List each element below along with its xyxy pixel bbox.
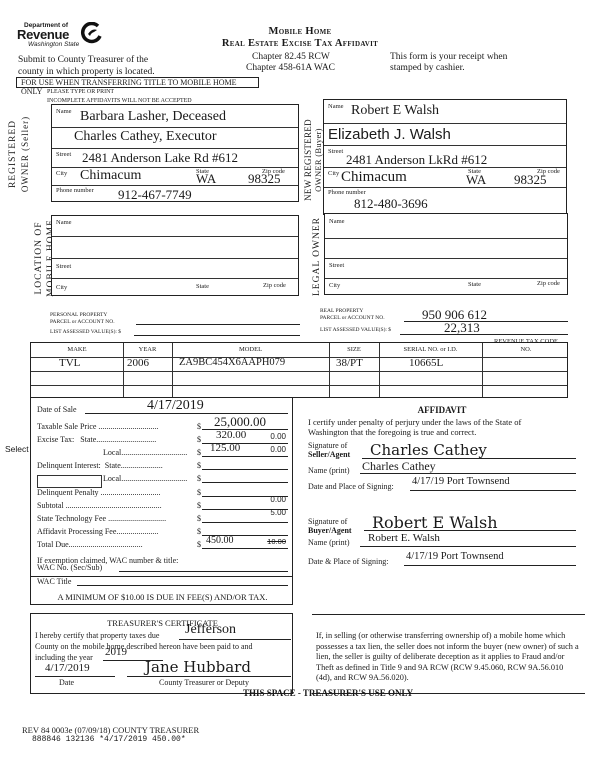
total-due-label: Total Due...............................… [37, 540, 143, 549]
location-label-line1: LOCATION OF [34, 218, 44, 298]
total-due-typed-struck: 10.00 [267, 537, 286, 546]
treasurer-county-field[interactable]: Jefferson [179, 622, 291, 640]
real-property-assessed-label: LIST ASSESSED VALUE(S): $ [320, 327, 391, 333]
excise-state-typed: 0.00 [270, 432, 286, 441]
excise-state-currency: $ [197, 435, 201, 444]
real-property-parcel-field[interactable]: 950 906 612 [404, 308, 568, 322]
legal-owner-city-label: City [329, 282, 340, 289]
date-of-sale: 4/17/2019 [147, 398, 204, 414]
seller-name-print-label: Name (print) [308, 466, 350, 475]
seller-signature: Charles Cathey [370, 441, 487, 459]
col-header-model: MODEL [172, 346, 329, 353]
seller-phone-label: Phone number [56, 187, 94, 194]
buyer-date-place: 4/17/19 Port Townsend [406, 551, 504, 562]
seller-street-label: Street [56, 151, 71, 158]
buyer-name-label: Name [328, 103, 344, 110]
cell-make[interactable]: TVL [59, 357, 80, 369]
delinquent-interest-local-field[interactable] [202, 471, 288, 483]
wac-section: WAC No. (Sec/Sub) WAC Title A MINIMUM OF… [30, 560, 293, 605]
location-state-label: State [196, 283, 209, 290]
tax-lien-notice-box: If, in selling (or otherwise transferrin… [312, 614, 585, 694]
treasurer-certificate-box: TREASURER'S CERTIFICATE I hereby certify… [30, 613, 293, 694]
seller-phone[interactable]: 912-467-7749 [118, 187, 192, 203]
buyer-phone[interactable]: 812-480-3696 [354, 196, 428, 212]
treasurer-date-label: Date [59, 678, 74, 687]
subtotal-value: 0.00 [270, 495, 286, 504]
delinquent-interest-local-label: Local................................. [103, 474, 187, 483]
col-header-serial: SERIAL NO. or I.D. [379, 346, 482, 353]
buyer-label-line2: OWNER (Buyer) [313, 105, 323, 215]
treasurer-date-field[interactable]: 4/17/2019 [35, 662, 115, 677]
seller-city-label: City [56, 170, 67, 177]
mobile-home-table: MAKE YEAR MODEL SIZE SERIAL NO. or I.D. … [30, 342, 568, 398]
treasurer-date: 4/17/2019 [45, 662, 90, 674]
seller-label-line1: REGISTERED [8, 107, 18, 201]
real-property-label1: REAL PROPERTY [320, 308, 363, 314]
delinquent-penalty-currency: $ [197, 488, 201, 497]
buyer-street-label: Street [328, 148, 343, 155]
buyer-phone-label: Phone number [328, 189, 366, 196]
legal-owner-state-label: State [468, 281, 481, 288]
legal-owner-name-label: Name [329, 218, 345, 225]
legal-owner-label: LEGAL OWNER [312, 222, 322, 296]
excise-state-hand: 320.00 [216, 429, 246, 441]
wac-title-label: WAC Title [37, 577, 71, 586]
cell-size[interactable]: 38/PT [336, 357, 363, 369]
cell-serial[interactable]: 10665L [409, 357, 443, 369]
buyer-name-print: Robert E. Walsh [368, 532, 440, 544]
personal-property-parcel-field[interactable] [136, 312, 300, 325]
buyer-signature: Robert E Walsh [372, 513, 498, 532]
buyer-street[interactable]: 2481 Anderson LkRd #612 [346, 152, 487, 168]
col-header-year: YEAR [123, 346, 172, 353]
chapter-rcw: Chapter 82.45 RCW [252, 52, 330, 62]
receipt-stamp: 888846 132136 *4/17/2019 450.00* [32, 735, 186, 744]
buyer-name-line1[interactable]: Robert E Walsh [351, 103, 439, 119]
real-property-assessed-field[interactable]: 22,313 [400, 323, 568, 335]
col-header-make: MAKE [31, 346, 123, 353]
treasurer-signature: Jane Hubbard [145, 658, 251, 676]
buyer-date-place-label: Date & Place of Signing: [308, 557, 388, 566]
personal-property-assessed-field[interactable] [134, 325, 300, 336]
location-street-label: Street [56, 263, 71, 270]
location-select-input[interactable] [37, 475, 102, 488]
total-due-hand: 450.00 [206, 535, 234, 546]
legal-owner-zip-label: Zip code [537, 280, 560, 287]
delinquent-interest-local-currency: $ [197, 474, 201, 483]
chapter-wac: Chapter 458-61A WAC [246, 63, 335, 73]
seller-date-place: 4/17/19 Port Townsend [412, 476, 510, 487]
tax-lien-notice-text: If, in selling (or otherwise transferrin… [316, 631, 581, 684]
tech-fee-currency: $ [197, 514, 201, 523]
please-type-note: PLEASE TYPE OR PRINT [47, 89, 114, 95]
subtotal-label: Subtotal ...............................… [37, 501, 162, 510]
treasurer-line1: I hereby certify that property taxes due [35, 631, 159, 640]
date-of-sale-field[interactable]: 4/17/2019 [85, 402, 288, 414]
wac-no-field[interactable] [119, 560, 288, 572]
affidavit-title: AFFIDAVIT [312, 405, 572, 415]
delinquent-interest-label: Delinquent Interest: State..............… [37, 461, 163, 470]
buyer-section-label: NEW REGISTERED OWNER (Buyer) [303, 105, 325, 217]
buyer-signature-field[interactable]: Robert E Walsh [364, 513, 576, 531]
legal-owner-box: Name Street City State Zip code [324, 213, 568, 295]
buyer-state[interactable]: WA [466, 172, 486, 188]
delinquent-interest-state-currency: $ [197, 461, 201, 470]
form-revision: REV 84 0003e (07/09/18) COUNTY TREASURER [22, 725, 199, 735]
personal-property-assessed-label: LIST ASSESSED VALUE(S): $ [50, 329, 121, 335]
taxable-sale-price: 25,000.00 [214, 414, 266, 430]
personal-property-label2: PARCEL or ACCOUNT NO. [50, 319, 115, 325]
affidavit-section: AFFIDAVIT I certify under penalty of per… [312, 405, 592, 605]
seller-name-print-field[interactable]: Charles Cathey [360, 458, 576, 474]
col-header-revenue-tax-code: REVENUE TAX CODE NO. [491, 338, 561, 354]
submit-line1: Submit to County Treasurer of the [18, 54, 155, 66]
tech-fee-value: 5.00 [270, 508, 286, 517]
treasurer-signer-label: County Treasurer or Deputy [159, 678, 249, 687]
seller-state[interactable]: WA [196, 171, 216, 187]
for-use-banner: FOR USE WHEN TRANSFERRING TITLE TO MOBIL… [16, 77, 259, 88]
seller-city[interactable]: Chimacum [80, 168, 141, 184]
taxable-sale-price-label: Taxable Sale Price .....................… [37, 422, 158, 431]
total-due-currency: $ [197, 540, 201, 549]
seller-name-line2[interactable]: Charles Cathey, Executor [74, 129, 217, 145]
excise-tax-label: Excise Tax: State.......................… [37, 435, 156, 444]
seller-box: Name Barbara Lasher, Deceased Charles Ca… [51, 104, 299, 202]
taxable-sale-price-currency: $ [197, 422, 201, 431]
seller-name-line1[interactable]: Barbara Lasher, Deceased [80, 109, 226, 125]
wac-title-field[interactable] [77, 574, 288, 586]
seller-signature-field[interactable]: Charles Cathey [362, 443, 576, 459]
excise-local-currency: $ [197, 448, 201, 457]
seller-label-line2: OWNER (Seller) [20, 107, 30, 201]
buyer-date-place-field[interactable]: 4/17/19 Port Townsend [404, 551, 576, 566]
seller-name-print: Charles Cathey [362, 459, 436, 474]
treasurer-county: Jefferson [185, 622, 236, 638]
buyer-city[interactable]: Chimacum [341, 169, 407, 186]
excise-local-hand: 125.00 [210, 442, 240, 454]
col-header-size: SIZE [329, 346, 379, 353]
treasurer-use-only: THIS SPACE - TREASURER'S USE ONLY [243, 688, 413, 698]
buyer-name-print-field[interactable]: Robert E. Walsh [360, 531, 576, 547]
excise-local-label: Local................................. [103, 448, 187, 457]
cell-model[interactable]: ZA9BC454X6AAPH079 [179, 357, 285, 368]
treasurer-line3: including the year [35, 653, 93, 662]
seller-date-place-field[interactable]: 4/17/19 Port Townsend [410, 475, 576, 491]
treasurer-year: 2019 [105, 646, 127, 658]
minimum-due-note: A MINIMUM OF $10.00 IS DUE IN FEE(S) AND… [31, 592, 294, 602]
location-zip-label: Zip code [263, 282, 286, 289]
tech-fee-label: State Technology Fee ...................… [37, 514, 166, 523]
processing-fee-label: Affidavit Processing Fee................… [37, 527, 158, 536]
submit-instructions: Submit to County Treasurer of the county… [18, 54, 155, 78]
real-property-label2: PARCEL or ACCOUNT NO. [320, 315, 385, 321]
treasurer-signature-field[interactable]: Jane Hubbard [127, 660, 291, 677]
location-city-label: City [56, 284, 67, 291]
seller-street[interactable]: 2481 Anderson Lake Rd #612 [82, 150, 238, 166]
delinquent-penalty-label: Delinquent Penalty .....................… [37, 488, 161, 497]
seller-zip[interactable]: 98325 [248, 171, 281, 187]
date-of-sale-label: Date of Sale [37, 405, 77, 414]
real-property-section: REAL PROPERTY PARCEL or ACCOUNT NO. 950 … [320, 308, 568, 342]
processing-fee-currency: $ [197, 527, 201, 536]
legal-owner-street-label: Street [329, 262, 344, 269]
personal-property-label1: PERSONAL PROPERTY [50, 312, 107, 318]
personal-property-section: PERSONAL PROPERTY PARCEL or ACCOUNT NO. … [50, 312, 300, 342]
buyer-zip[interactable]: 98325 [514, 172, 547, 188]
buyer-signature-label: Signature of Buyer/Agent [308, 517, 352, 535]
location-name-label: Name [56, 219, 72, 226]
cell-year[interactable]: 2006 [127, 357, 149, 369]
buyer-name-line2[interactable]: Elizabeth J. Walsh [328, 126, 451, 143]
buyer-city-label: City [328, 170, 339, 177]
buyer-name-print-label: Name (print) [308, 538, 350, 547]
form-title-line1: Mobile Home [0, 26, 600, 37]
total-due-field[interactable]: 450.00 10.00 [202, 537, 288, 549]
buyer-box: Name Robert E Walsh Elizabeth J. Walsh S… [323, 99, 567, 215]
receipt-note: This form is your receipt when stamped b… [390, 52, 530, 74]
affidavit-statement: I certify under penalty of perjury under… [308, 417, 556, 437]
seller-name-label: Name [56, 108, 72, 115]
buyer-label-line1: NEW REGISTERED [303, 105, 313, 215]
excise-local-field[interactable]: 125.00 0.00 [202, 445, 288, 457]
tech-fee-field[interactable]: 5.00 [202, 510, 288, 523]
subtotal-currency: $ [197, 501, 201, 510]
wac-no-label: WAC No. (Sec/Sub) [37, 563, 102, 572]
seller-section-label: REGISTERED OWNER (Seller) [6, 107, 54, 205]
location-box: Name Street City State Zip code [51, 215, 299, 296]
seller-date-place-label: Date and Place of Signing: [308, 482, 394, 491]
excise-local-typed: 0.00 [270, 445, 286, 454]
form-title-line2: Real Estate Excise Tax Affidavit [0, 38, 600, 49]
delinquent-interest-state-field[interactable] [202, 458, 288, 470]
seller-signature-label: Signature of Seller/Agent [308, 441, 350, 459]
real-property-assessed: 22,313 [444, 320, 480, 336]
